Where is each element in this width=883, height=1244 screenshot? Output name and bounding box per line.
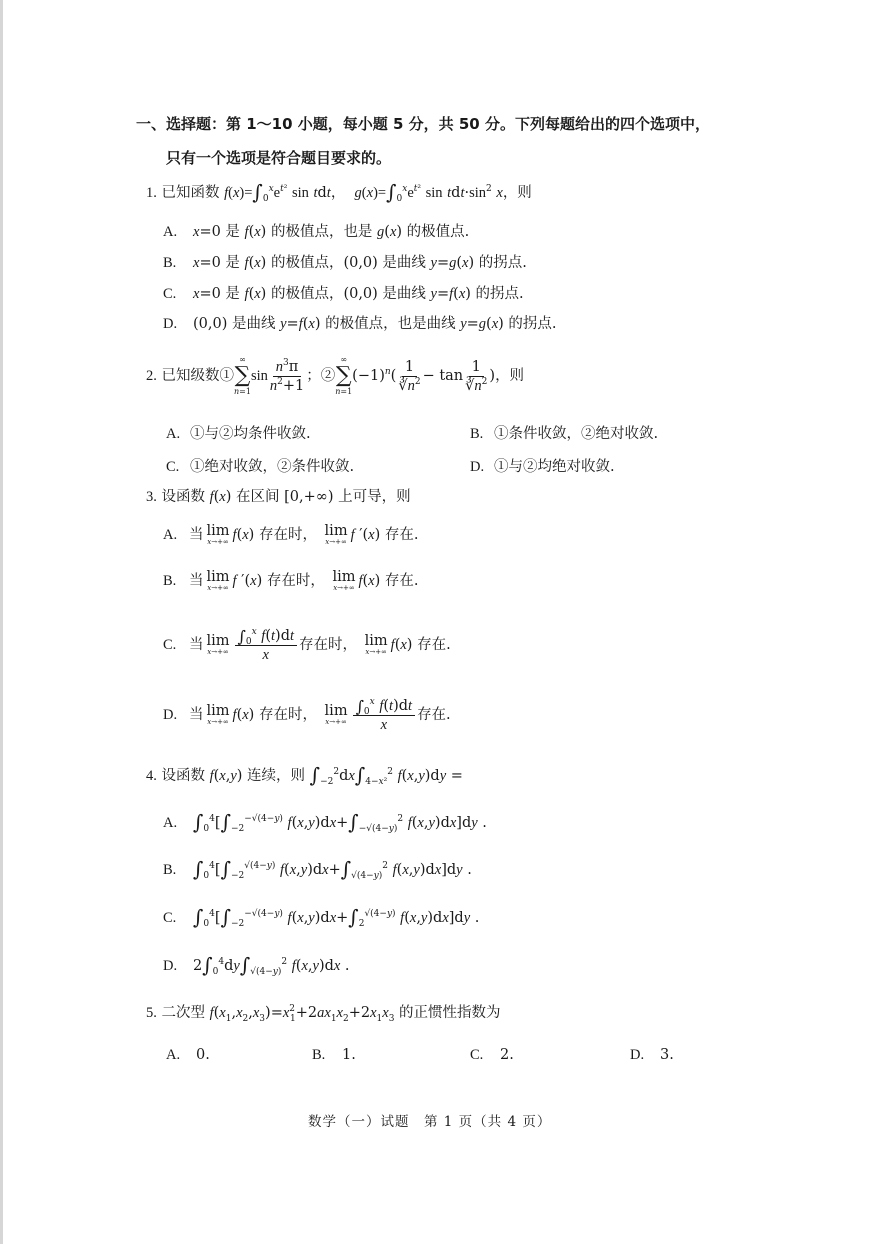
option-text: 当limx→+∞f ′(x) 存在时， limx→+∞f(x) 存在.: [189, 573, 419, 589]
option-label: D.: [163, 956, 193, 976]
question-number: 4.: [146, 768, 157, 784]
option-label: C.: [163, 284, 193, 304]
option-text: 2.: [500, 1047, 514, 1063]
question-2-option-c[interactable]: C.①绝对收敛，②条件收敛.: [166, 457, 354, 477]
question-3-stem: 3. 设函数 f(x) 在区间 [0,+∞) 上可导，则: [146, 487, 411, 507]
option-text: 当limx→+∞f(x) 存在时， limx→+∞f ′(x) 存在.: [189, 527, 419, 543]
question-5-option-d[interactable]: D.3.: [630, 1045, 674, 1065]
option-label: A.: [166, 424, 190, 444]
option-label: B.: [470, 424, 494, 444]
question-4-stem: 4. 设函数 f(x,y) 连续，则 ∫−22dx∫4−x²2 f(x,y)dy…: [146, 763, 463, 786]
question-2-option-b[interactable]: B.①条件收敛，②绝对收敛.: [470, 424, 658, 444]
option-text: ∫04[∫−2−√(4−y) f(x,y)dx+∫2√(4−y) f(x,y)d…: [193, 910, 479, 926]
option-label: C.: [163, 620, 189, 670]
option-label: C.: [166, 457, 190, 477]
option-label: A.: [163, 222, 193, 242]
option-text: ①绝对收敛，②条件收敛.: [190, 459, 354, 475]
question-2-option-d[interactable]: D.①与②均绝对收敛.: [470, 457, 615, 477]
question-number: 2.: [146, 368, 157, 384]
option-text: ∫04[∫−2−√(4−y) f(x,y)dx+∫−√(4−y)2 f(x,y)…: [193, 815, 487, 831]
option-label: A.: [163, 520, 189, 550]
option-label: B.: [163, 860, 193, 880]
question-4-option-b[interactable]: B.∫04[∫−2√(4−y) f(x,y)dx+∫√(4−y)2 f(x,y)…: [163, 857, 472, 880]
stem-suffix: ，则: [495, 368, 524, 384]
stem-text: 设函数 f(x) 在区间 [0,+∞) 上可导，则: [161, 489, 410, 505]
option-text: ∫04[∫−2√(4−y) f(x,y)dx+∫√(4−y)2 f(x,y)dx…: [193, 862, 472, 878]
question-4-option-c[interactable]: C.∫04[∫−2−√(4−y) f(x,y)dx+∫2√(4−y) f(x,y…: [163, 905, 479, 928]
question-1-stem: 1. 已知函数 f(x)=∫0xet² sin tdt， g(x)=∫0xet²…: [146, 180, 532, 203]
exam-page: 一、选择题：第 1～10 小题，每小题 5 分，共 50 分。下列每题给出的四个…: [0, 0, 883, 1244]
option-text: x=0 是 f(x) 的极值点，(0,0) 是曲线 y=f(x) 的拐点.: [193, 286, 524, 302]
series-1: ∞∑n=1sinn3πn2+1: [234, 368, 306, 384]
option-text: ①条件收敛，②绝对收敛.: [494, 426, 658, 442]
option-label: B.: [163, 566, 189, 596]
question-3-option-b[interactable]: B.当limx→+∞f ′(x) 存在时， limx→+∞f(x) 存在.: [163, 566, 419, 596]
option-text: x=0 是 f(x) 的极值点，(0,0) 是曲线 y=g(x) 的拐点.: [193, 255, 527, 271]
option-label: D.: [630, 1045, 660, 1065]
series-2: ∞∑n=1(−1)n(1∛n2− tan1∛n2): [335, 368, 495, 384]
formula-g: g(x)=∫0xet² sin tdt·sin2 x: [355, 185, 503, 201]
question-3-option-c[interactable]: C.当limx→+∞∫0x f(t)dtx存在时， limx→+∞f(x) 存在…: [163, 620, 451, 670]
section-title-line2: 只有一个选项是符合题目要求的。: [166, 148, 391, 168]
option-label: B.: [163, 253, 193, 273]
stem-prefix: 已知函数: [161, 185, 219, 201]
option-label: D.: [163, 690, 189, 740]
option-label: A.: [163, 813, 193, 833]
option-label: C.: [470, 1045, 500, 1065]
question-1-option-a[interactable]: A.x=0 是 f(x) 的极值点，也是 g(x) 的极值点.: [163, 222, 469, 242]
option-text: (0,0) 是曲线 y=f(x) 的极值点，也是曲线 y=g(x) 的拐点.: [193, 316, 557, 332]
page-footer: 数学（一）试题 第 1 页（共 4 页）: [308, 1112, 551, 1132]
section-title-line1: 一、选择题：第 1～10 小题，每小题 5 分，共 50 分。下列每题给出的四个…: [136, 114, 710, 134]
option-text: 1.: [342, 1047, 356, 1063]
option-label: A.: [166, 1045, 196, 1065]
option-text: 当limx→+∞f(x) 存在时， limx→+∞∫0x f(t)dtx存在.: [189, 707, 451, 723]
question-3-option-a[interactable]: A.当limx→+∞f(x) 存在时， limx→+∞f ′(x) 存在.: [163, 520, 419, 550]
question-1-option-b[interactable]: B.x=0 是 f(x) 的极值点，(0,0) 是曲线 y=g(x) 的拐点.: [163, 253, 527, 273]
question-4-option-a[interactable]: A.∫04[∫−2−√(4−y) f(x,y)dx+∫−√(4−y)2 f(x,…: [163, 810, 487, 833]
question-5-stem: 5. 二次型 f(x1,x2,x3)=x21+2ax1x2+2x1x3 的正惯性…: [146, 1003, 501, 1023]
formula-f: f(x)=∫0xet² sin tdt: [224, 185, 331, 201]
option-text: 0.: [196, 1047, 210, 1063]
question-5-option-a[interactable]: A.0.: [166, 1045, 210, 1065]
question-2-stem: 2. 已知级数①∞∑n=1sinn3πn2+1；②∞∑n=1(−1)n(1∛n2…: [146, 355, 524, 397]
question-number: 3.: [146, 489, 157, 505]
option-text: 2∫04dy∫√(4−y)2 f(x,y)dx .: [193, 958, 350, 974]
question-4-option-d[interactable]: D.2∫04dy∫√(4−y)2 f(x,y)dx .: [163, 953, 350, 976]
stem-suffix: ，则: [503, 185, 532, 201]
option-text: 3.: [660, 1047, 674, 1063]
stem-prefix: 已知级数①: [161, 368, 234, 384]
question-5-option-c[interactable]: C.2.: [470, 1045, 514, 1065]
separator: ；②: [306, 368, 335, 384]
question-3-option-d[interactable]: D.当limx→+∞f(x) 存在时， limx→+∞∫0x f(t)dtx存在…: [163, 690, 451, 740]
separator: ，: [331, 185, 346, 201]
option-text: ①与②均绝对收敛.: [494, 459, 615, 475]
option-label: B.: [312, 1045, 342, 1065]
question-2-option-a[interactable]: A.①与②均条件收敛.: [166, 424, 311, 444]
question-1-option-c[interactable]: C.x=0 是 f(x) 的极值点，(0,0) 是曲线 y=f(x) 的拐点.: [163, 284, 524, 304]
question-number: 5.: [146, 1005, 157, 1021]
stem-text: 设函数 f(x,y) 连续，则 ∫−22dx∫4−x²2 f(x,y)dy =: [161, 768, 462, 784]
option-label: D.: [163, 314, 193, 334]
option-label: C.: [163, 908, 193, 928]
option-text: x=0 是 f(x) 的极值点，也是 g(x) 的极值点.: [193, 224, 469, 240]
option-text: ①与②均条件收敛.: [190, 426, 311, 442]
stem-text: 二次型 f(x1,x2,x3)=x21+2ax1x2+2x1x3 的正惯性指数为: [161, 1005, 500, 1021]
question-5-option-b[interactable]: B.1.: [312, 1045, 356, 1065]
question-1-option-d[interactable]: D.(0,0) 是曲线 y=f(x) 的极值点，也是曲线 y=g(x) 的拐点.: [163, 314, 557, 334]
option-text: 当limx→+∞∫0x f(t)dtx存在时， limx→+∞f(x) 存在.: [189, 637, 451, 653]
option-label: D.: [470, 457, 494, 477]
question-number: 1.: [146, 185, 157, 201]
